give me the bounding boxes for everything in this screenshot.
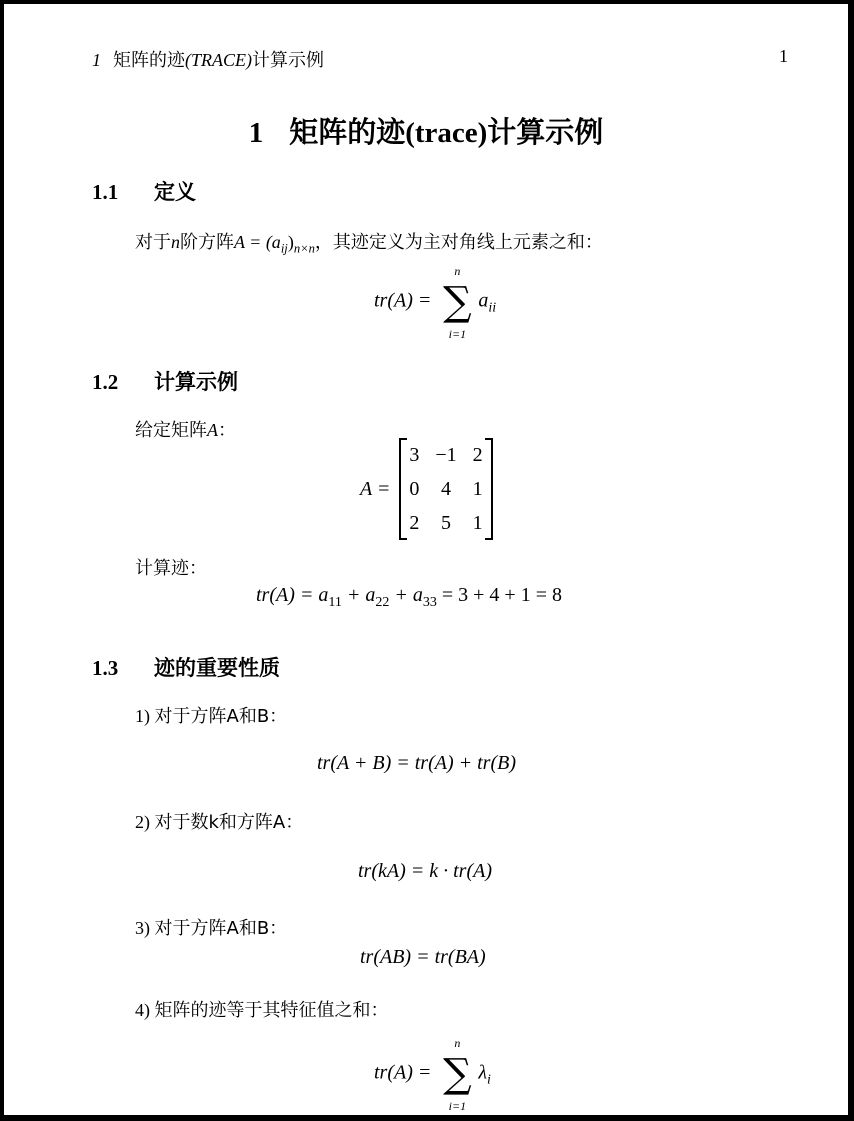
running-title-cjk-2: 计算示例 [252, 50, 324, 71]
var: A [207, 420, 218, 440]
matrix-cell: −1 [427, 438, 464, 472]
section-heading-1-3: 1.3迹的重要性质 [92, 652, 280, 682]
eq-rhs: = 3 + 4 + 1 = 8 [437, 584, 562, 606]
text: ，其迹定义为主对角线上元素之和： [315, 232, 603, 253]
definition-paragraph: 对于n阶方阵A = (aij)n×n，其迹定义为主对角线上元素之和： [135, 228, 603, 254]
item-number: 1) [135, 706, 150, 726]
eq-lhs: tr(A) = [374, 290, 431, 312]
item-text: 对于数k和方阵A： [155, 812, 304, 833]
eq-sub: 22 [375, 595, 389, 610]
matrix-cell: 0 [409, 472, 427, 506]
page-title: 1矩阵的迹(trace)计算示例 [4, 110, 848, 151]
item-text: 对于方阵A和B： [155, 706, 288, 727]
eq-term-sub: i [487, 1072, 491, 1087]
section-title: 计算示例 [154, 370, 238, 394]
eq-sub: 33 [423, 595, 437, 610]
property-1-label: 1) 对于方阵A和B： [135, 702, 287, 728]
eq-lhs: tr(A) = [374, 1062, 431, 1084]
given-matrix-label: 给定矩阵A： [135, 416, 236, 442]
item-text: 对于方阵A和B： [155, 918, 288, 939]
sum-lower: i=1 [439, 1099, 475, 1114]
text: 给定矩阵 [135, 420, 207, 441]
eq-term: + a [389, 584, 423, 606]
running-title-cjk-1: 矩阵的迹 [113, 50, 185, 71]
matrix-cell: 1 [465, 506, 483, 540]
eq-term: + a [342, 584, 376, 606]
sigma-icon: ∑ [439, 282, 475, 322]
sum-symbol: n ∑ i=1 [439, 282, 475, 322]
eq-term-sub: ii [488, 300, 496, 315]
page-number: 1 [779, 46, 788, 67]
item-text: 矩阵的迹等于其特征值之和： [155, 1000, 389, 1021]
text: 阶方阵 [180, 232, 234, 253]
matrix-cell: 5 [427, 506, 464, 540]
section-number: 1.2 [92, 370, 154, 395]
running-header: 1矩阵的迹(TRACE)计算示例 [92, 46, 324, 72]
title-number: 1 [249, 117, 264, 149]
matrix-cell: 2 [465, 438, 483, 472]
matrix-cell: 3 [409, 438, 427, 472]
title-cjk-2: 计算示例 [487, 115, 603, 149]
matrix-a: 3 −1 2 0 4 1 2 5 1 [399, 438, 492, 540]
section-number: 1.3 [92, 656, 154, 681]
eq-term: a [478, 290, 488, 312]
property-4-equation: tr(A) = n ∑ i=1 λi [374, 1054, 491, 1094]
section-heading-1-2: 1.2计算示例 [92, 366, 238, 396]
document-page: 1矩阵的迹(TRACE)计算示例 1 1矩阵的迹(trace)计算示例 1.1定… [4, 4, 848, 1115]
subscript: ij [281, 241, 288, 255]
section-title: 定义 [154, 180, 196, 204]
section-number: 1.1 [92, 180, 154, 205]
section-title: 迹的重要性质 [154, 656, 280, 680]
property-1-equation: tr(A + B) = tr(A) + tr(B) [317, 752, 516, 775]
matrix-equation: A = 3 −1 2 0 4 1 2 5 1 [360, 438, 493, 540]
property-4-label: 4) 矩阵的迹等于其特征值之和： [135, 996, 389, 1022]
matrix-row: 0 4 1 [409, 472, 482, 506]
running-section-number: 1 [92, 50, 101, 70]
running-title-latin: (TRACE) [185, 50, 252, 70]
item-number: 4) [135, 1000, 150, 1020]
text: ： [218, 420, 236, 441]
matrix-cell: 4 [427, 472, 464, 506]
property-3-equation: tr(AB) = tr(BA) [360, 946, 486, 969]
sigma-icon: ∑ [439, 1054, 475, 1094]
eq-sub: 11 [328, 595, 341, 610]
matrix-cell: 1 [465, 472, 483, 506]
property-3-label: 3) 对于方阵A和B： [135, 914, 287, 940]
formula: A = (a [234, 232, 281, 252]
sum-symbol: n ∑ i=1 [439, 1054, 475, 1094]
var-n: n [171, 232, 180, 252]
eq-term: a [318, 584, 328, 606]
matrix-cell: 2 [409, 506, 427, 540]
text: 对于 [135, 232, 171, 253]
section-heading-1-1: 1.1定义 [92, 176, 196, 206]
title-latin: (trace) [405, 117, 487, 149]
item-number: 2) [135, 812, 150, 832]
property-2-label: 2) 对于数k和方阵A： [135, 808, 303, 834]
item-number: 3) [135, 918, 150, 938]
title-cjk-1: 矩阵的迹 [289, 115, 405, 149]
sum-upper: n [439, 1036, 475, 1051]
subscript: n×n [294, 241, 315, 255]
trace-definition-equation: tr(A) = n ∑ i=1 aii [374, 282, 496, 322]
compute-trace-label: 计算迹： [135, 554, 207, 580]
matrix-row: 3 −1 2 [409, 438, 482, 472]
sum-lower: i=1 [439, 327, 475, 342]
matrix-row: 2 5 1 [409, 506, 482, 540]
property-2-equation: tr(kA) = k · tr(A) [358, 860, 492, 883]
matrix-lhs: A = [360, 478, 390, 500]
eq-lhs: tr(A) = [256, 584, 313, 606]
eq-term: λ [478, 1062, 487, 1084]
sum-upper: n [439, 264, 475, 279]
compute-trace-equation: tr(A) = a11 + a22 + a33 = 3 + 4 + 1 = 8 [256, 584, 562, 607]
